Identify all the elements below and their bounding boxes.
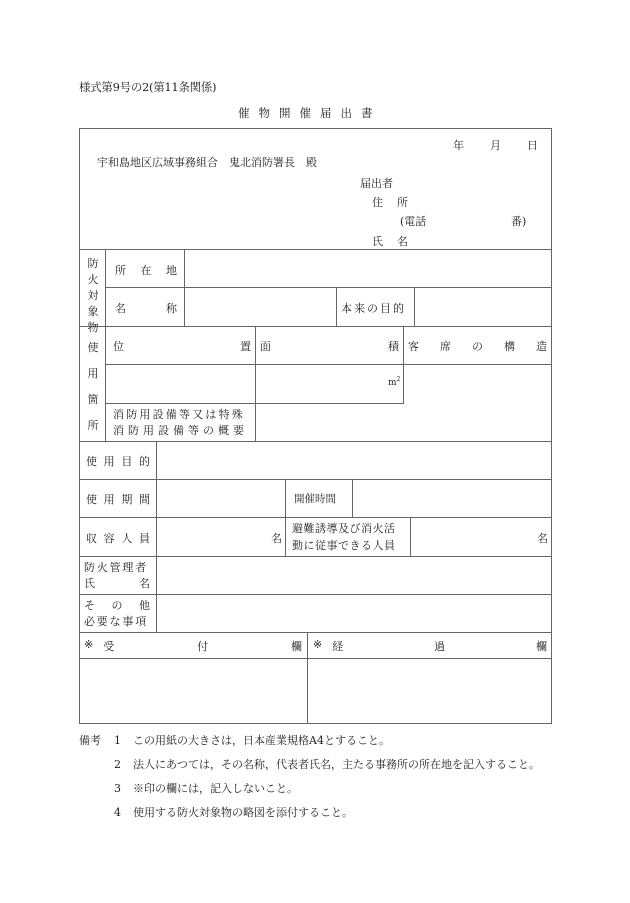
usage-purpose-field[interactable] bbox=[158, 443, 551, 478]
reception-column-header: ※受 付 欄 bbox=[84, 638, 302, 654]
usage-place-group-label: 使 用 箇 所 bbox=[82, 339, 104, 433]
notification-form-table: 年 月 日 宇和島地区広域事務組合 鬼北消防署長 殿 届出者 住 所 (電話 番… bbox=[79, 128, 552, 724]
area-unit: m2 bbox=[388, 376, 400, 388]
evac-staff-label-line2: 動に従事できる人員 bbox=[292, 537, 396, 553]
fire-target-group-label: 防 火 対 象 物 bbox=[82, 255, 104, 321]
original-purpose-field[interactable] bbox=[416, 289, 550, 325]
usage-purpose-label: 使用目的 bbox=[86, 453, 150, 469]
note-item: 1この用紙の大きさは，日本産業規格A4とすること。 bbox=[114, 732, 390, 748]
address-label-1: 住 bbox=[372, 194, 383, 210]
other-label-line2: 必要な事項 bbox=[84, 613, 148, 629]
location-label: 所在地 bbox=[115, 262, 177, 278]
day-label: 日 bbox=[527, 137, 538, 153]
page-title: 催物開催届出書 bbox=[238, 105, 382, 121]
name-label: 名称 bbox=[115, 300, 177, 316]
area-field[interactable] bbox=[257, 366, 402, 402]
note-item: 2法人にあつては，その名称，代表者氏名，主たる事務所の所在地を記入すること。 bbox=[114, 756, 540, 772]
phone-close-label: 番) bbox=[511, 213, 526, 229]
address-label-2: 所 bbox=[397, 194, 408, 210]
note-item: 4使用する防火対象物の略図を添付すること。 bbox=[114, 804, 353, 820]
applicant-label: 届出者 bbox=[360, 175, 393, 191]
month-label: 月 bbox=[490, 137, 501, 153]
capacity-unit: 名 bbox=[271, 530, 282, 546]
other-matters-field[interactable] bbox=[158, 596, 551, 631]
other-label-line1: その他 bbox=[84, 597, 150, 613]
usage-period-label: 使用期間 bbox=[86, 491, 150, 507]
evac-staff-unit: 名 bbox=[537, 530, 548, 546]
progress-column-header: ※経 過 欄 bbox=[313, 638, 547, 654]
note-item: 3※印の欄には，記入しないこと。 bbox=[114, 780, 298, 796]
fire-manager-label-line1: 防火管理者 bbox=[84, 559, 148, 575]
evac-staff-field[interactable] bbox=[412, 519, 551, 555]
fire-manager-label-line2: 氏名 bbox=[84, 575, 150, 591]
form-id: 様式第9号の2(第11条関係) bbox=[79, 79, 216, 95]
area-label: 面積 bbox=[260, 338, 399, 354]
location-field[interactable] bbox=[186, 255, 550, 285]
capacity-label: 収容人員 bbox=[86, 530, 150, 546]
fire-manager-name-field[interactable] bbox=[158, 558, 551, 593]
evac-staff-label-line1: 避難誘導及び消火活 bbox=[292, 520, 396, 536]
usage-period-field[interactable] bbox=[158, 481, 284, 516]
addressee: 宇和島地区広域事務組合 鬼北消防署長 殿 bbox=[97, 154, 317, 170]
progress-field bbox=[309, 660, 551, 722]
reception-field bbox=[81, 660, 306, 722]
equipment-label-line1: 消防用設備等又は特殊 bbox=[113, 406, 245, 422]
position-label: 位置 bbox=[113, 338, 251, 354]
notes-heading: 備考 bbox=[79, 732, 101, 748]
year-label: 年 bbox=[453, 137, 464, 153]
name-field[interactable] bbox=[186, 289, 334, 325]
phone-open-label: (電話 bbox=[400, 213, 426, 229]
name-label-2: 名 bbox=[397, 233, 408, 249]
capacity-field[interactable] bbox=[158, 519, 284, 555]
equipment-label-line2: 消防用設備等の概要 bbox=[113, 422, 248, 438]
seating-structure-field[interactable] bbox=[405, 366, 551, 402]
event-hours-label: 開催時間 bbox=[294, 491, 336, 506]
equipment-overview-field[interactable] bbox=[257, 405, 551, 440]
name-label-1: 氏 bbox=[372, 233, 383, 249]
event-hours-field[interactable] bbox=[354, 481, 551, 516]
seating-structure-label: 客席の構造 bbox=[408, 338, 547, 354]
position-field[interactable] bbox=[107, 366, 254, 402]
original-purpose-label: 本来の目的 bbox=[341, 300, 406, 316]
